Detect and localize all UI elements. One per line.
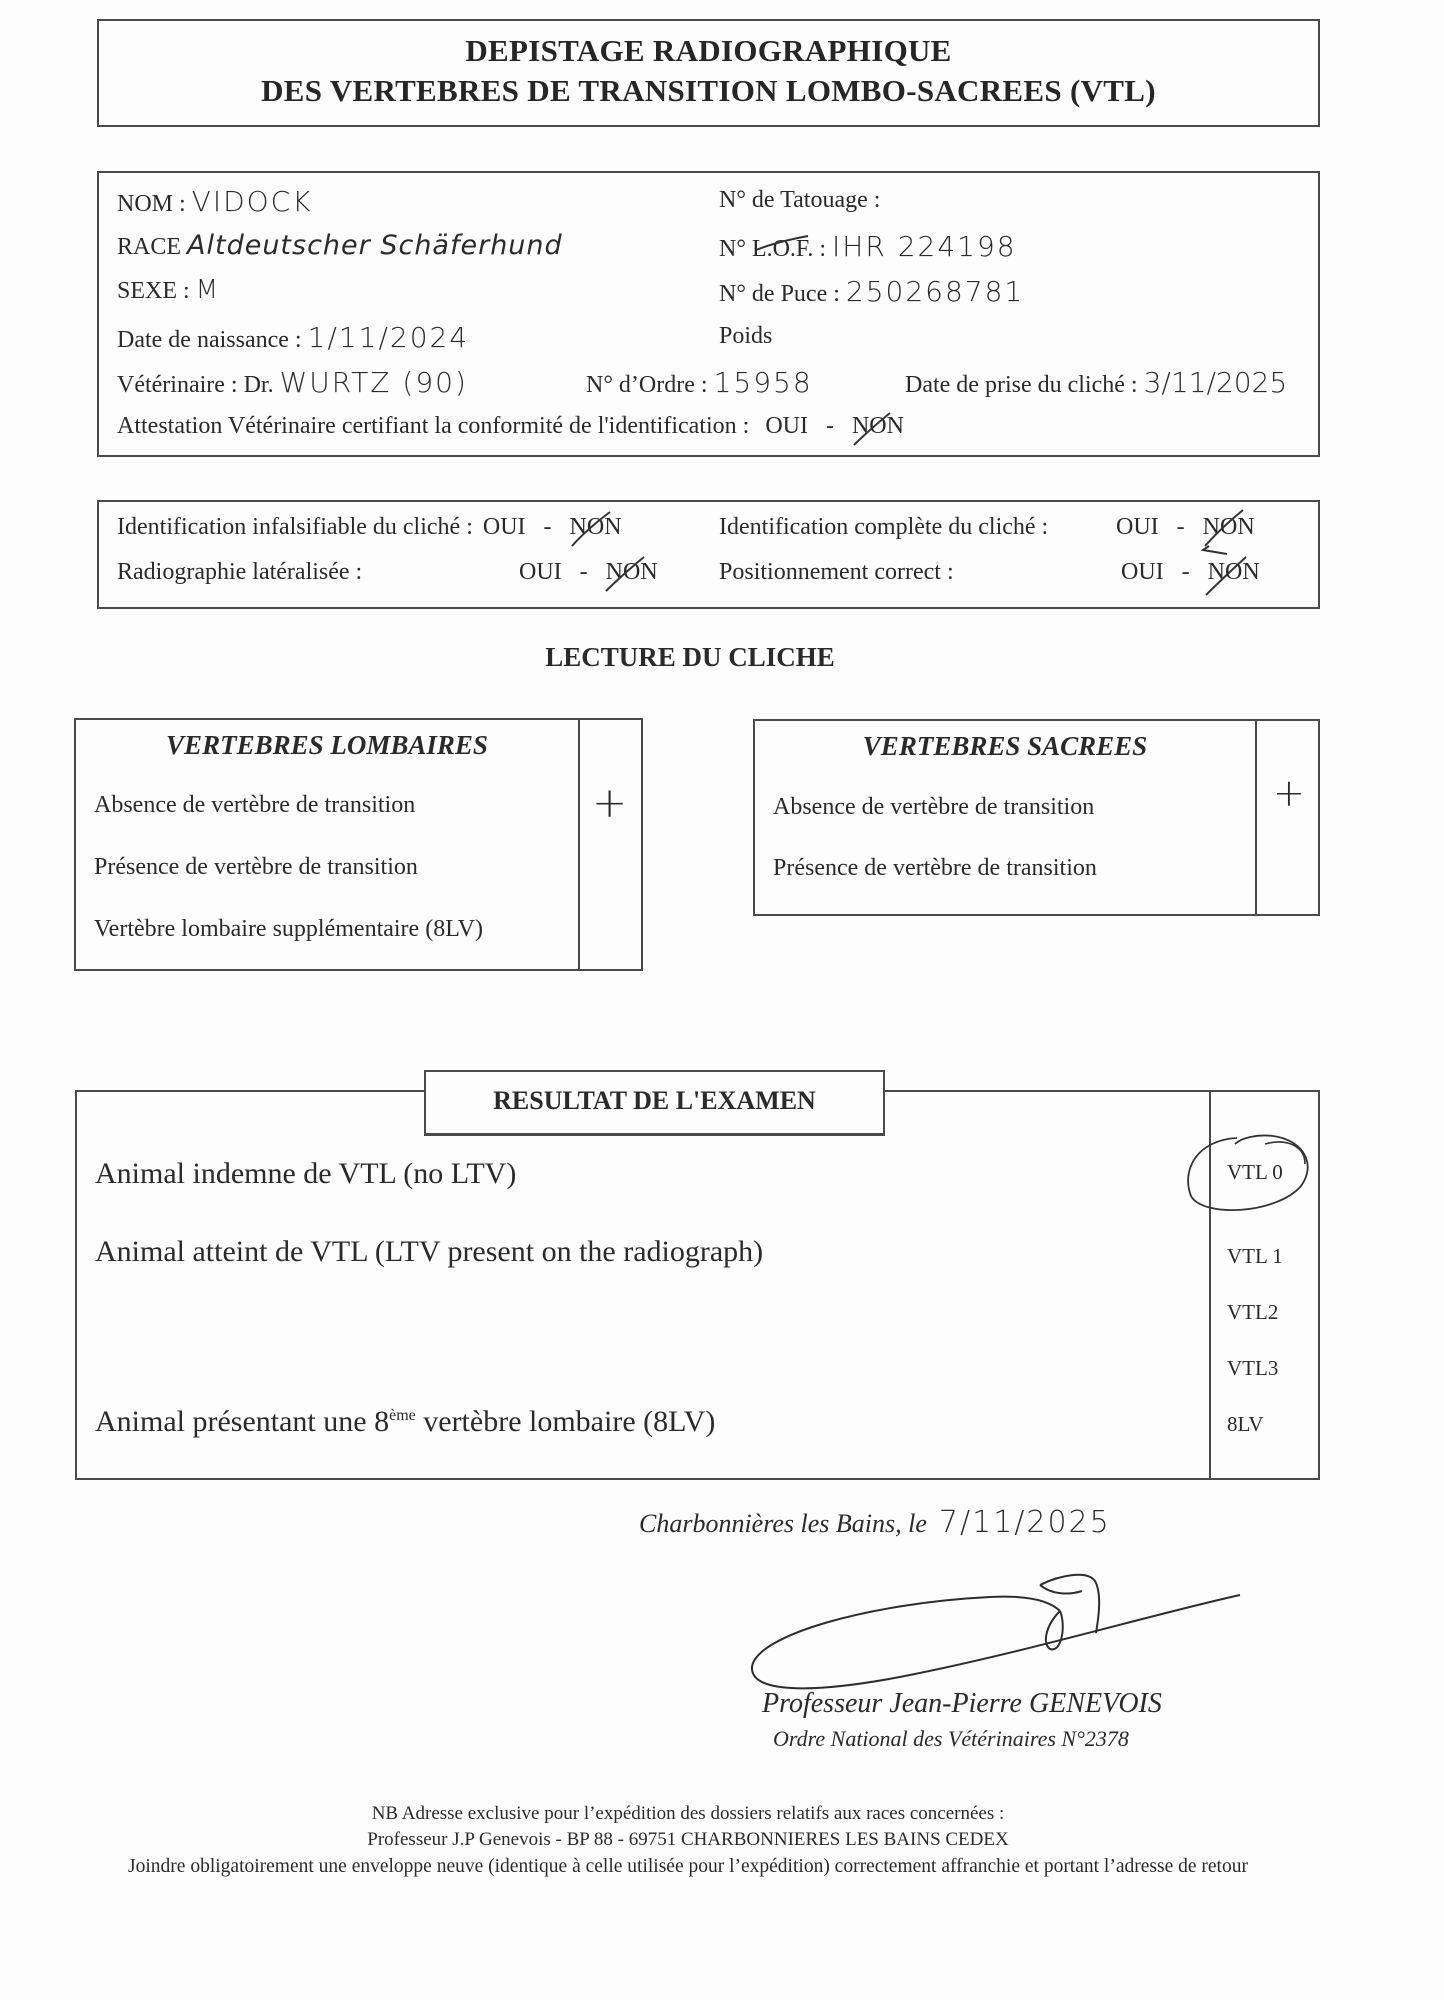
attestation-oui[interactable]: OUI xyxy=(765,413,808,439)
check-non[interactable]: NON xyxy=(1203,514,1255,541)
footer-line-3: Joindre obligatoirement une enveloppe ne… xyxy=(0,1856,1376,1878)
race-label: RACE xyxy=(117,234,181,260)
circle-mark-icon xyxy=(1177,1130,1317,1220)
sacrees-box: VERTEBRES SACREES Absence de vertèbre de… xyxy=(753,719,1320,916)
title-box: DEPISTAGE RADIOGRAPHIQUE DES VERTEBRES D… xyxy=(97,19,1320,127)
naissance-field: Date de naissance : 1/11/2024 xyxy=(117,321,469,354)
puce-value: 250268781 xyxy=(846,275,1024,308)
lombaires-title: VERTEBRES LOMBAIRES xyxy=(76,730,578,761)
check-row-lateralisee: Radiographie latéralisée : xyxy=(117,559,362,586)
sacrees-title: VERTEBRES SACREES xyxy=(755,731,1255,762)
check-label: Radiographie latéralisée : xyxy=(117,559,362,585)
ordre-label: N° d’Ordre : xyxy=(586,372,708,398)
check-separator: - xyxy=(1182,559,1190,585)
lof-field: N° L.O.F. : IHR 224198 xyxy=(719,230,1017,263)
poids-label: Poids xyxy=(719,323,772,349)
check-oui[interactable]: OUI xyxy=(1116,514,1159,540)
nom-label: NOM : xyxy=(117,191,186,217)
resultat-line-8lv: Animal présentant une 8ème vertèbre lomb… xyxy=(95,1405,715,1439)
strike-mark-icon xyxy=(600,551,660,595)
sacrees-row: Présence de vertèbre de transition xyxy=(773,855,1097,882)
check-separator: - xyxy=(544,514,552,540)
footer-line-1: NB Adresse exclusive pour l’expédition d… xyxy=(0,1803,1376,1825)
resultat-title-box: RESULTAT DE L'EXAMEN xyxy=(424,1070,885,1136)
check-row-positionnement: Positionnement correct : xyxy=(719,559,954,586)
lof-label-suffix: : xyxy=(819,236,826,262)
resultat-title: RESULTAT DE L'EXAMEN xyxy=(426,1086,883,1116)
resultat-box: Animal indemne de VTL (no LTV) Animal at… xyxy=(75,1090,1320,1480)
grade-8lv[interactable]: 8LV xyxy=(1227,1412,1264,1437)
date-cliche-value: 3/11/2025 xyxy=(1144,366,1288,399)
tatouage-label: N° de Tatouage : xyxy=(719,187,880,213)
signature-icon xyxy=(730,1555,1250,1705)
check-answer-complete: OUI - NON xyxy=(1116,514,1255,541)
veterinaire-value: WURTZ (90) xyxy=(280,366,468,399)
check-oui[interactable]: OUI xyxy=(519,559,562,585)
attestation-label: Attestation Vétérinaire certifiant la co… xyxy=(117,413,749,439)
lombaires-box: VERTEBRES LOMBAIRES Absence de vertèbre … xyxy=(74,718,643,971)
attestation-non[interactable]: NON xyxy=(852,413,904,440)
resultat-line-indemne: Animal indemne de VTL (no LTV) xyxy=(95,1157,516,1191)
check-answer-positionnement: OUI - NON xyxy=(1121,559,1260,586)
check-label: Positionnement correct : xyxy=(719,559,954,585)
grade-vtl2[interactable]: VTL2 xyxy=(1227,1300,1278,1325)
veterinaire-label: Vétérinaire : Dr. xyxy=(117,372,274,398)
signatory-ordre: Ordre National des Vétérinaires N°2378 xyxy=(773,1726,1129,1752)
check-label: Identification complète du cliché : xyxy=(719,514,1048,540)
lombaires-row: Présence de vertèbre de transition xyxy=(94,854,418,881)
date-cliche-label: Date de prise du cliché : xyxy=(905,372,1138,398)
check-row-complete: Identification complète du cliché : xyxy=(719,514,1048,541)
ordre-field: N° d’Ordre : 15958 xyxy=(586,366,813,399)
lof-label-struck: L.O.F. xyxy=(752,236,813,263)
lof-label-prefix: N° xyxy=(719,236,746,262)
puce-label: N° de Puce : xyxy=(719,281,840,307)
title-line-2: DES VERTEBRES DE TRANSITION LOMBO-SACREE… xyxy=(99,73,1318,109)
check-non[interactable]: NON xyxy=(1208,559,1260,586)
strike-mark-icon xyxy=(1202,551,1262,599)
check-row-infalsifiable: Identification infalsifiable du cliché :… xyxy=(117,514,622,541)
ordre-value: 15958 xyxy=(714,366,813,399)
check-label: Identification infalsifiable du cliché : xyxy=(117,514,473,540)
sexe-label: SEXE : xyxy=(117,278,190,304)
attestation-field: Attestation Vétérinaire certifiant la co… xyxy=(117,413,904,440)
lombaires-row: Absence de vertèbre de transition xyxy=(94,792,415,819)
signature-place-date: Charbonnières les Bains, le 7/11/2025 xyxy=(639,1505,1111,1540)
check-separator: - xyxy=(1177,514,1185,540)
veterinaire-field: Vétérinaire : Dr. WURTZ (90) xyxy=(117,366,468,399)
poids-field: Poids xyxy=(719,321,772,350)
signature-date-value: 7/11/2025 xyxy=(939,1505,1111,1540)
tatouage-field: N° de Tatouage : xyxy=(719,185,880,214)
check-non[interactable]: NON xyxy=(570,514,622,541)
strike-mark-icon xyxy=(846,405,906,449)
lof-value: IHR 224198 xyxy=(832,230,1017,263)
sexe-field: SEXE : M xyxy=(117,275,220,305)
footer-line-2: Professeur J.P Genevois - BP 88 - 69751 … xyxy=(0,1829,1376,1851)
naissance-label: Date de naissance : xyxy=(117,327,302,353)
sacrees-mark-column[interactable] xyxy=(1255,719,1257,916)
grade-vtl1[interactable]: VTL 1 xyxy=(1227,1244,1283,1269)
sacrees-mark: + xyxy=(1273,771,1305,815)
check-oui[interactable]: OUI xyxy=(483,514,526,540)
lombaires-row: Vertèbre lombaire supplémentaire (8LV) xyxy=(94,916,483,943)
nom-field: NOM : VIDOCK xyxy=(117,185,313,218)
checks-box: Identification infalsifiable du cliché :… xyxy=(97,500,1320,609)
nom-value: VIDOCK xyxy=(192,185,313,218)
naissance-value: 1/11/2024 xyxy=(308,321,470,354)
lecture-title: LECTURE DU CLICHE xyxy=(0,642,1380,673)
resultat-line-atteint: Animal atteint de VTL (LTV present on th… xyxy=(95,1235,763,1269)
sacrees-row: Absence de vertèbre de transition xyxy=(773,794,1094,821)
sexe-value: M xyxy=(196,275,220,305)
lombaires-mark: + xyxy=(592,778,627,827)
signature-place-label: Charbonnières les Bains, le xyxy=(639,1509,927,1538)
signatory-name: Professeur Jean-Pierre GENEVOIS xyxy=(762,1688,1162,1720)
strike-mark-icon xyxy=(564,506,624,550)
race-field: RACE Altdeutscher Schäferhund xyxy=(117,230,563,261)
strike-mark-icon xyxy=(746,228,816,258)
attestation-separator: - xyxy=(826,413,834,439)
identification-box: NOM : VIDOCK RACE Altdeutscher Schäferhu… xyxy=(97,171,1320,457)
lombaires-mark-column[interactable] xyxy=(578,718,580,971)
check-oui[interactable]: OUI xyxy=(1121,559,1164,585)
puce-field: N° de Puce : 250268781 xyxy=(719,275,1024,308)
check-answer-lateralisee: OUI - NON xyxy=(519,559,658,586)
check-non[interactable]: NON xyxy=(606,559,658,586)
check-separator: - xyxy=(580,559,588,585)
date-cliche-field: Date de prise du cliché : 3/11/2025 xyxy=(905,366,1287,399)
race-value: Altdeutscher Schäferhund xyxy=(187,230,563,261)
title-line-1: DEPISTAGE RADIOGRAPHIQUE xyxy=(99,33,1318,69)
grade-vtl3[interactable]: VTL3 xyxy=(1227,1356,1278,1381)
